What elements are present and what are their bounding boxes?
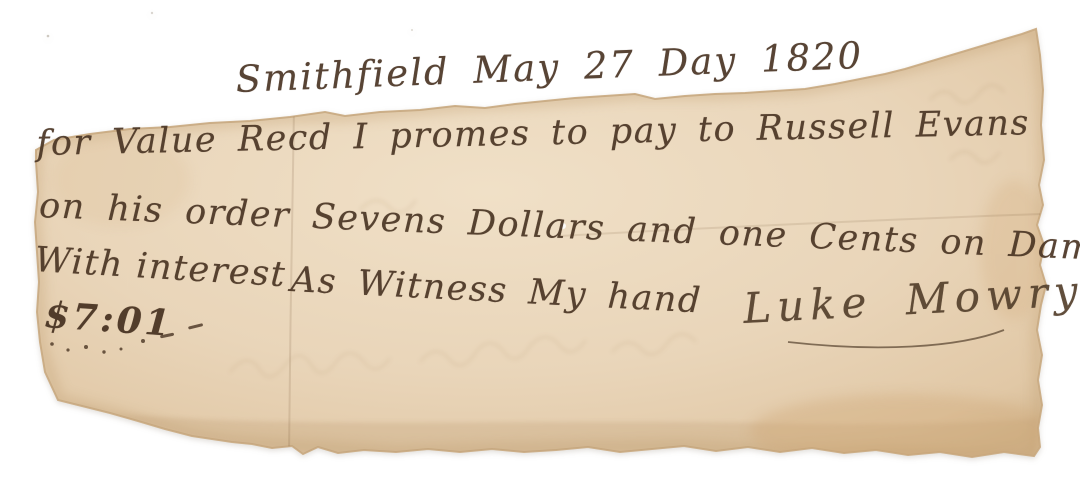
- amount-text: $7:01: [43, 294, 174, 345]
- scanned-document-view: { "document": { "kind": "handwritten pro…: [0, 0, 1080, 483]
- dust-speck: [151, 12, 153, 14]
- stain: [750, 394, 1060, 470]
- dust-speck: [411, 29, 413, 31]
- dust-speck: [47, 35, 50, 38]
